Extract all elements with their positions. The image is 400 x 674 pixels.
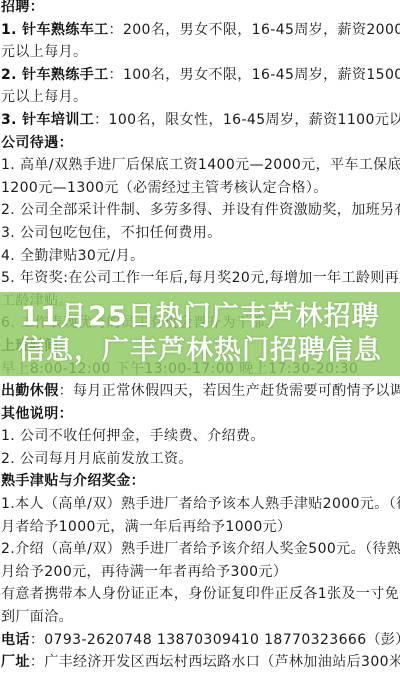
benefits-heading: 公司待遇： — [0, 132, 400, 155]
bonus-line: 1.本人（高单/双）熟手进厂者给予该本人熟手津贴2000元。（待满六个 — [0, 493, 400, 516]
leave-text: ：每月正常休假四天，若因生产赶货需要可酌情予以调休。 — [59, 383, 400, 399]
job-2-label: 2. 针车熟练手工 — [1, 67, 109, 83]
bonus-line: 月给予200元，再待满一年者再给予300元） — [0, 561, 400, 584]
other-line: 2. 公司每月月底前发放工资。 — [0, 448, 400, 471]
job-item-1: 1. 针车熟练车工：200名，男女不限，16-45周岁，薪资2000-5000 — [0, 19, 400, 42]
address-text: ：广丰经济开发区西坛村西坛路水口（芦林加油站后300米）。 — [30, 654, 400, 670]
leave-line: 出勤休假：每月正常休假四天，若因生产赶货需要可酌情予以调休。 — [0, 380, 400, 403]
bonus-line: 2.介绍（高单/双）熟手进厂者给予该介绍人奖金500元。（待熟手满六个 — [0, 538, 400, 561]
job-2-text: ：100名，男女不限，16-45周岁，薪资1500-3000 — [109, 67, 400, 83]
job-2-continued: 元以上每月。 — [0, 86, 400, 109]
benefit-line: 5. 年资奖:在公司工作一年后,每月奖20元,每增加一年工龄则再加10元/月 — [0, 267, 400, 290]
job-3-text: ：100名，限女性，16-45周岁，薪资1100元以上每月。 — [94, 112, 400, 128]
other-line: 1. 公司不收任何押金，手续费、介绍费。 — [0, 425, 400, 448]
job-item-3: 3. 针车培训工：100名，限女性，16-45周岁，薪资1100元以上每月。 — [0, 109, 400, 132]
phone-text: ：0793-2620748 13870309410 18770323666（彭） — [30, 632, 400, 648]
benefit-line: 2. 公司全部采计件制、多劳多得、并设有件资激励奖，加班另有加班费。 — [0, 199, 400, 222]
benefit-line: 4. 全勤津贴30元/月。 — [0, 245, 400, 268]
job-item-2: 2. 针车熟练手工：100名，男女不限，16-45周岁，薪资1500-3000 — [0, 64, 400, 87]
address-line: 厂址：广丰经济开发区西坛村西坛路水口（芦林加油站后300米）。 — [0, 651, 400, 674]
phone-label: 电话 — [1, 632, 30, 648]
bonus-heading: 熟手津贴与介绍奖金： — [0, 470, 400, 493]
recruit-heading: 招聘： — [0, 0, 400, 19]
leave-label: 出勤休假 — [1, 383, 59, 399]
benefit-line: 3. 公司包吃包住，不扣任何费用。 — [0, 222, 400, 245]
bonus-line: 月者给予1000元，满一年后再给予1000元） — [0, 516, 400, 539]
overlay-title: 11月25日热门广丰芦林招聘 信息，广丰芦林热门招聘信息 — [0, 300, 400, 368]
job-1-text: ：200名，男女不限，16-45周岁，薪资2000-5000 — [109, 22, 400, 38]
bonus-line: 到厂面洽。 — [0, 606, 400, 629]
benefit-line: 1. 高单/双熟手进厂后保底工资1400元—2000元，平车工保底工资 — [0, 154, 400, 177]
address-label: 厂址 — [1, 654, 30, 670]
job-3-label: 3. 针车培训工 — [1, 112, 94, 128]
job-1-label: 1. 针车熟练车工 — [1, 22, 109, 38]
benefit-line: 1200元—1300元（必需经过主管考核认定合格）。 — [0, 177, 400, 200]
phone-line: 电话：0793-2620748 13870309410 18770323666（… — [0, 629, 400, 652]
overlay-title-line-1: 11月25日热门广丰芦林招聘 — [0, 300, 400, 334]
bonus-line: 有意者携带本人身份证正本，身份证复印件正反各1张及一寸免冠照片2张 — [0, 583, 400, 606]
job-1-continued: 元以上每月。 — [0, 41, 400, 64]
other-heading: 其他说明： — [0, 403, 400, 426]
overlay-title-line-2: 信息，广丰芦林热门招聘信息 — [0, 334, 400, 368]
